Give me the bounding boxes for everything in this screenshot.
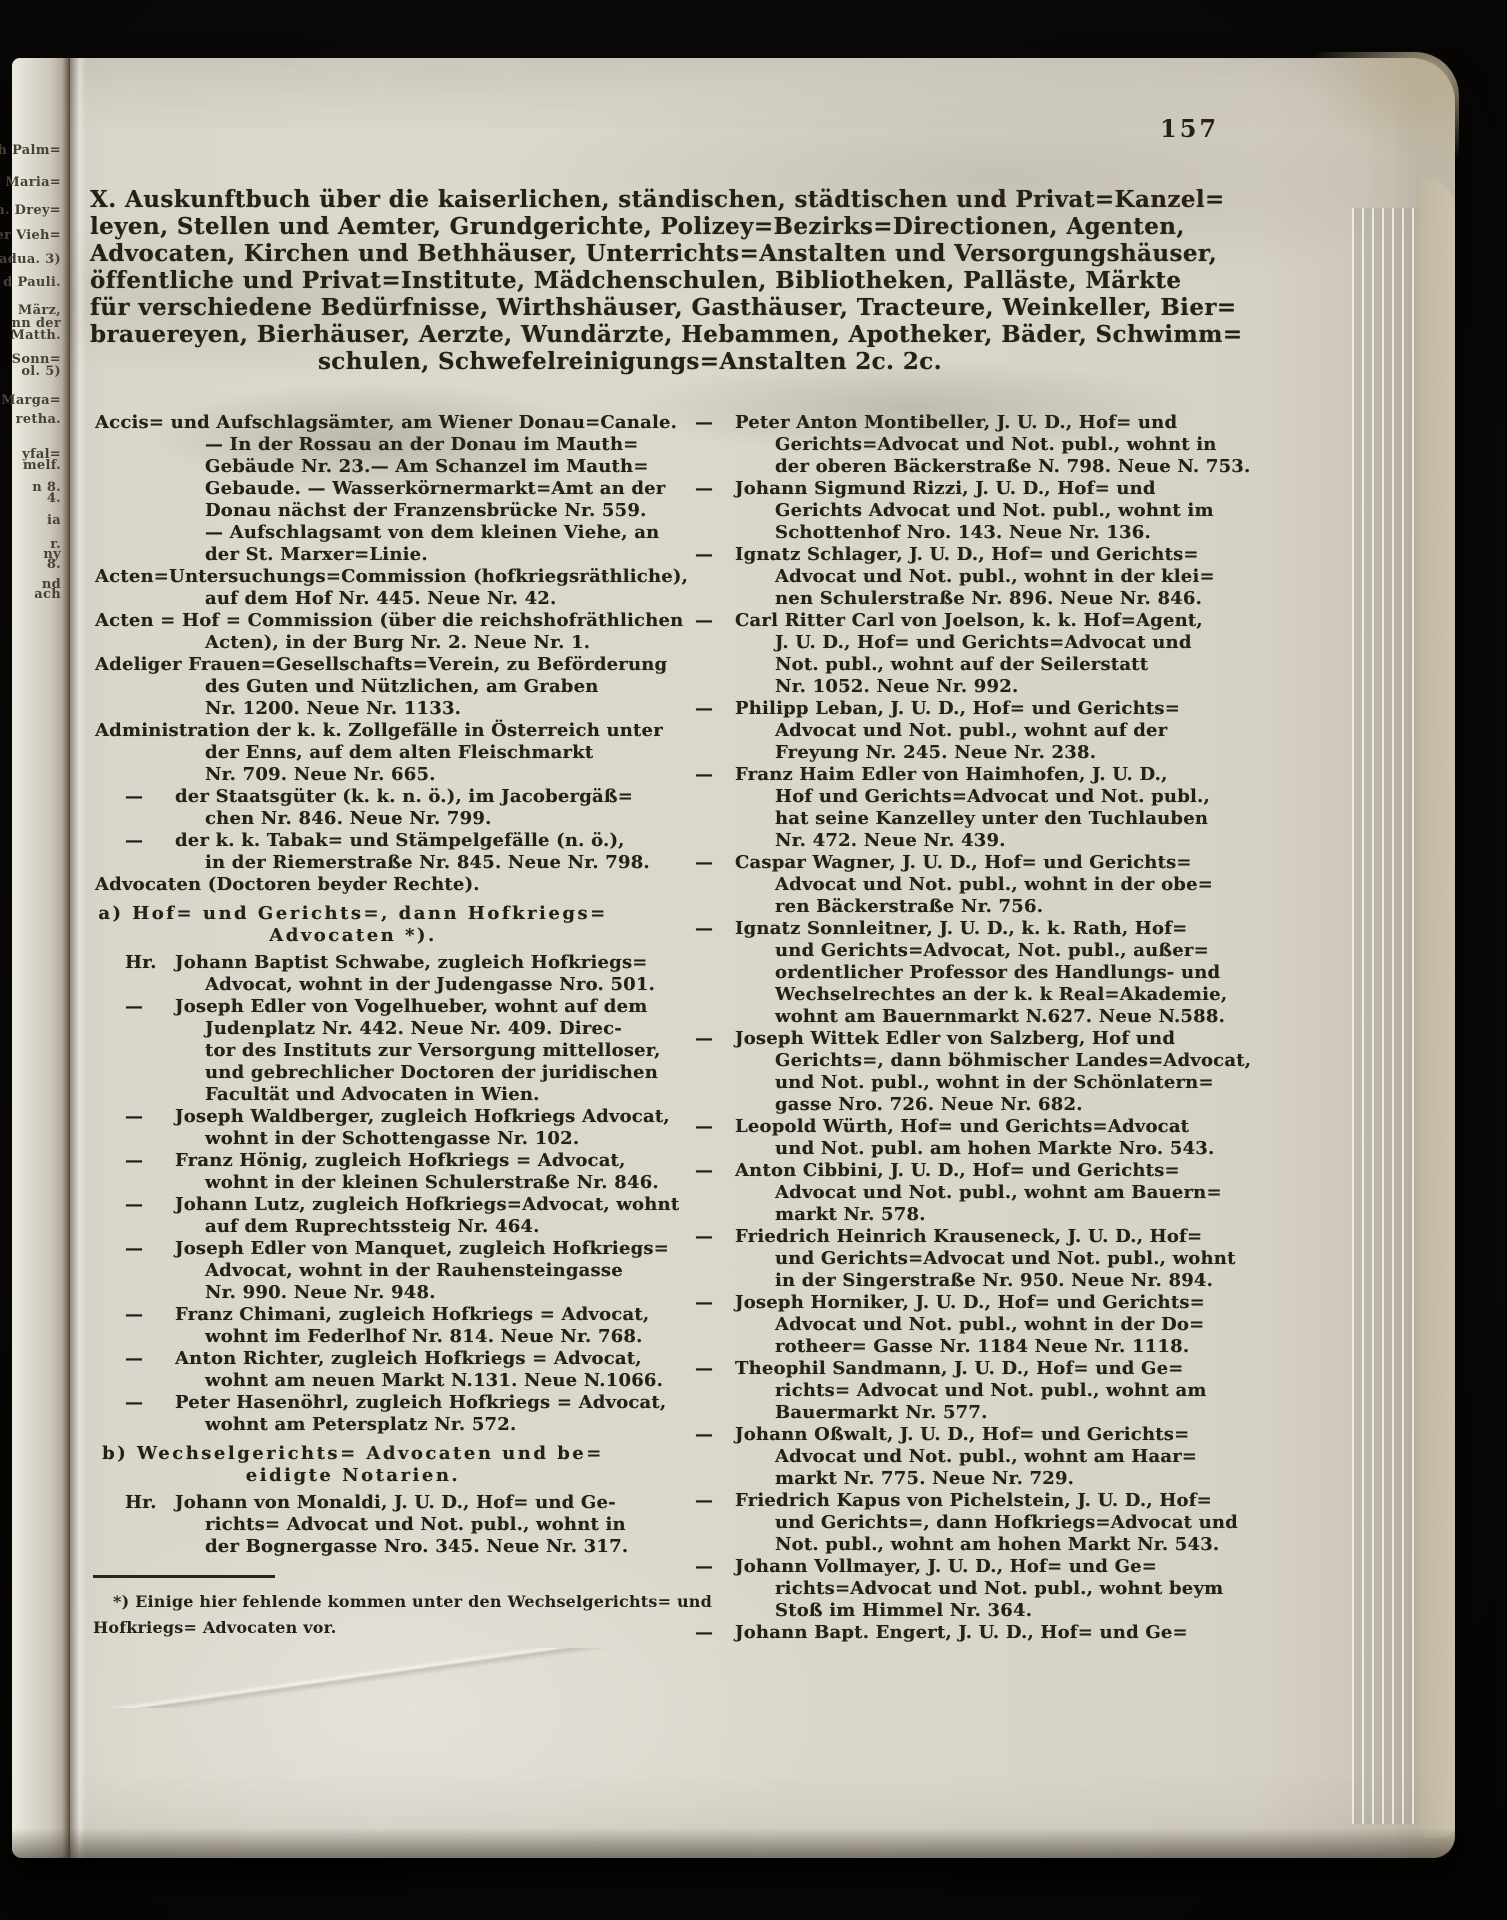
text-line: —Ignatz Sonnleitner, J. U. D., k. k. Rat… <box>683 918 1175 940</box>
text-line: — In der Rossau an der Donau im Mauth= <box>95 434 611 456</box>
entry-text: Friedrich Kapus von Pichelstein, J. U. D… <box>735 1490 1212 1511</box>
text-line: —Philipp Leban, J. U. D., Hof= und Geric… <box>683 698 1175 720</box>
text-line: —Ignatz Schlager, J. U. D., Hof= und Ger… <box>683 544 1175 566</box>
previous-page-edge: ach Palm=) Maria=n. Drey=ser Vieh=adua. … <box>12 58 70 1858</box>
text-line: und gebrechlicher Doctoren der juridisch… <box>95 1062 611 1084</box>
entry-text: Peter Hasenöhrl, zugleich Hofkriegs = Ad… <box>175 1392 666 1413</box>
text-line: Gerichts Advocat und Not. publ., wohnt i… <box>683 500 1175 522</box>
text-line: Wechselrechtes an der k. k Real=Akademie… <box>683 984 1175 1006</box>
text-line: Gerichts=Advocat und Not. publ., wohnt i… <box>683 434 1175 456</box>
text-line: —Johann Sigmund Rizzi, J. U. D., Hof= un… <box>683 478 1175 500</box>
text-line: Advocat und Not. publ., wohnt am Bauern= <box>683 1182 1175 1204</box>
text-line: —Theophil Sandmann, J. U. D., Hof= und G… <box>683 1358 1175 1380</box>
text-line: in der Singerstraße Nr. 950. Neue Nr. 89… <box>683 1270 1175 1292</box>
header-line: X. Auskunftbuch über die kaiserlichen, s… <box>90 186 1170 213</box>
entry-text: Johann Oßwalt, J. U. D., Hof= und Gerich… <box>735 1424 1189 1445</box>
text-line: Advocat und Not. publ., wohnt auf der <box>683 720 1175 742</box>
entry-text: der Staatsgüter (k. k. n. ö.), im Jacobe… <box>175 786 633 807</box>
text-line: —Franz Hönig, zugleich Hofkriegs = Advoc… <box>95 1150 611 1172</box>
header-line: öffentliche und Privat=Institute, Mädche… <box>90 267 1170 294</box>
entry-dash-prefix: — <box>125 830 143 852</box>
footnote-rule <box>93 1575 275 1578</box>
footnote: *) Einige hier fehlende kommen unter den… <box>93 1589 712 1641</box>
entry-text: Johann Baptist Schwabe, zugleich Hofkrie… <box>175 952 648 973</box>
text-line: markt Nr. 578. <box>683 1204 1175 1226</box>
text-line: richts= Advocat und Not. publ., wohnt am <box>683 1380 1175 1402</box>
text-line: markt Nr. 775. Neue Nr. 729. <box>683 1468 1175 1490</box>
entry-text: Ignatz Schlager, J. U. D., Hof= und Geri… <box>735 544 1199 565</box>
text-line: Facultät und Advocaten in Wien. <box>95 1084 611 1106</box>
text-line: —Joseph Wittek Edler von Salzberg, Hof u… <box>683 1028 1175 1050</box>
text-line: J. U. D., Hof= und Gerichts=Advocat und <box>683 632 1175 654</box>
entry-text: Joseph Waldberger, zugleich Hofkriegs Ad… <box>175 1106 670 1127</box>
text-line: —Franz Haim Edler von Haimhofen, J. U. D… <box>683 764 1175 786</box>
entry-text: Theophil Sandmann, J. U. D., Hof= und Ge… <box>735 1358 1184 1379</box>
entry-dash-prefix: — <box>125 1238 143 1260</box>
header-line: brauereyen, Bierhäuser, Aerzte, Wundärzt… <box>90 321 1170 348</box>
entry-text: Ignatz Sonnleitner, J. U. D., k. k. Rath… <box>735 918 1187 939</box>
previous-page-text-fragment: melf. <box>23 458 61 473</box>
text-line: wohnt im Federlhof Nr. 814. Neue Nr. 768… <box>95 1326 611 1348</box>
page-number: 157 <box>1160 114 1219 143</box>
text-line: wohnt in der Schottengasse Nr. 102. <box>95 1128 611 1150</box>
text-line: Hr.Johann von Monaldi, J. U. D., Hof= un… <box>95 1492 611 1514</box>
entry-text: Johann Vollmayer, J. U. D., Hof= und Ge= <box>735 1556 1157 1577</box>
text-line: Nr. 1052. Neue Nr. 992. <box>683 676 1175 698</box>
text-line: a) Hof= und Gerichts=, dann Hofkriegs= <box>95 903 611 925</box>
text-line: —Carl Ritter Carl von Joelson, k. k. Hof… <box>683 610 1175 632</box>
page-stack-fore-edge <box>1352 208 1420 1824</box>
entry-dash-prefix: — <box>125 1150 143 1172</box>
text-line: und Gerichts=Advocat, Not. publ., außer= <box>683 940 1175 962</box>
previous-page-text-fragment: adua. 3) <box>0 252 61 267</box>
text-line: wohnt am neuen Markt N.131. Neue N.1066. <box>95 1370 611 1392</box>
text-line: nen Schulerstraße Nr. 896. Neue Nr. 846. <box>683 588 1175 610</box>
text-line: hat seine Kanzelley unter den Tuchlauben <box>683 808 1175 830</box>
text-line: Hr.Johann Baptist Schwabe, zugleich Hofk… <box>95 952 611 974</box>
text-line: und Not. publ., wohnt in der Schönlatern… <box>683 1072 1175 1094</box>
text-line: Advocat und Not. publ., wohnt in der Do= <box>683 1314 1175 1336</box>
text-line: chen Nr. 846. Neue Nr. 799. <box>95 808 611 830</box>
text-line: der Bognergasse Nro. 345. Neue Nr. 317. <box>95 1536 611 1558</box>
text-line: —Friedrich Heinrich Krauseneck, J. U. D.… <box>683 1226 1175 1248</box>
column-right: —Peter Anton Montibeller, J. U. D., Hof=… <box>683 412 1175 1644</box>
entry-text: Leopold Würth, Hof= und Gerichts=Advocat <box>735 1116 1189 1137</box>
previous-page-text-fragment: ser Vieh= <box>0 228 61 243</box>
entry-dash-prefix: — <box>695 1424 713 1446</box>
entry-text: Friedrich Heinrich Krauseneck, J. U. D.,… <box>735 1226 1202 1247</box>
entry-text: Joseph Wittek Edler von Salzberg, Hof un… <box>735 1028 1175 1049</box>
entry-dash-prefix: — <box>125 1304 143 1326</box>
text-line: Freyung Nr. 245. Neue Nr. 238. <box>683 742 1175 764</box>
text-line: —Anton Richter, zugleich Hofkriegs = Adv… <box>95 1348 611 1370</box>
text-line: Not. publ., wohnt am hohen Markt Nr. 543… <box>683 1534 1175 1556</box>
entry-dash-prefix: — <box>695 698 713 720</box>
header-line: schulen, Schwefelreinigungs=Anstalten 2c… <box>90 348 1170 375</box>
text-line: —Johann Bapt. Engert, J. U. D., Hof= und… <box>683 1622 1175 1644</box>
text-line: der St. Marxer=Linie. <box>95 544 611 566</box>
text-line: des Guten und Nützlichen, am Graben <box>95 676 611 698</box>
book-page: ach Palm=) Maria=n. Drey=ser Vieh=adua. … <box>12 58 1455 1858</box>
entry-dash-prefix: — <box>695 764 713 786</box>
entry-dash-prefix: — <box>125 1194 143 1216</box>
corner-damage <box>1309 52 1459 162</box>
entry-dash-prefix: — <box>695 478 713 500</box>
entry-text: Joseph Edler von Vogelhueber, wohnt auf … <box>175 996 647 1017</box>
entry-dash-prefix: — <box>125 1106 143 1128</box>
text-line: —Joseph Waldberger, zugleich Hofkriegs A… <box>95 1106 611 1128</box>
text-line: —Johann Lutz, zugleich Hofkriegs=Advocat… <box>95 1194 611 1216</box>
entry-dash-prefix: — <box>695 1116 713 1138</box>
text-line: und Gerichts=Advocat und Not. publ., woh… <box>683 1248 1175 1270</box>
entry-text: Anton Cibbini, J. U. D., Hof= und Gerich… <box>735 1160 1180 1181</box>
text-line: —Anton Cibbini, J. U. D., Hof= und Geric… <box>683 1160 1175 1182</box>
text-line: auf dem Hof Nr. 445. Neue Nr. 42. <box>95 588 611 610</box>
chapter-header: X. Auskunftbuch über die kaiserlichen, s… <box>90 186 1170 375</box>
text-line: Advocaten (Doctoren beyder Rechte). <box>95 874 611 896</box>
text-line: richts=Advocat und Not. publ., wohnt bey… <box>683 1578 1175 1600</box>
text-line: der oberen Bäckerstraße N. 798. Neue N. … <box>683 456 1175 478</box>
header-line: Advocaten, Kirchen und Bethhäuser, Unter… <box>90 240 1170 267</box>
text-line: Acten = Hof = Commission (über die reich… <box>95 610 611 632</box>
previous-page-text-fragment: ia <box>47 513 61 528</box>
text-line: Advocat, wohnt in der Judengasse Nro. 50… <box>95 974 611 996</box>
entry-dash-prefix: — <box>695 852 713 874</box>
text-line: —Johann Oßwalt, J. U. D., Hof= und Geric… <box>683 1424 1175 1446</box>
entry-dash-prefix: Hr. <box>125 1492 157 1514</box>
text-line: der Enns, auf dem alten Fleischmarkt <box>95 742 611 764</box>
text-line: Donau nächst der Franzensbrücke Nr. 559. <box>95 500 611 522</box>
entry-text: Franz Chimani, zugleich Hofkriegs = Advo… <box>175 1304 649 1325</box>
entry-dash-prefix: — <box>695 1490 713 1512</box>
text-line: wohnt in der kleinen Schulerstraße Nr. 8… <box>95 1172 611 1194</box>
previous-page-text-fragment: Marga= <box>1 393 61 408</box>
entry-text: Joseph Horniker, J. U. D., Hof= und Geri… <box>735 1292 1205 1313</box>
text-line: Judenplatz Nr. 442. Neue Nr. 409. Direc- <box>95 1018 611 1040</box>
text-line: Gebaude. — Wasserkörnermarkt=Amt an der <box>95 478 611 500</box>
text-line: Stoß im Himmel Nr. 364. <box>683 1600 1175 1622</box>
entry-dash-prefix: Hr. <box>125 952 157 974</box>
entry-text: Johann Bapt. Engert, J. U. D., Hof= und … <box>735 1622 1188 1643</box>
entry-dash-prefix: — <box>695 412 713 434</box>
header-line: leyen, Stellen und Aemter, Grundgerichte… <box>90 213 1170 240</box>
entry-dash-prefix: — <box>695 918 713 940</box>
footnote-line: Hofkriegs= Advocaten vor. <box>93 1615 712 1641</box>
entry-text: Johann Sigmund Rizzi, J. U. D., Hof= und <box>735 478 1156 499</box>
text-line: —Peter Anton Montibeller, J. U. D., Hof=… <box>683 412 1175 434</box>
text-line: Adeliger Frauen=Gesellschafts=Verein, zu… <box>95 654 611 676</box>
scanned-book-photo: ach Palm=) Maria=n. Drey=ser Vieh=adua. … <box>0 0 1507 1920</box>
entry-text: Franz Hönig, zugleich Hofkriegs = Advoca… <box>175 1150 626 1171</box>
text-line: —Leopold Würth, Hof= und Gerichts=Advoca… <box>683 1116 1175 1138</box>
text-line: Advocat und Not. publ., wohnt in der obe… <box>683 874 1175 896</box>
text-line: auf dem Ruprechtssteig Nr. 464. <box>95 1216 611 1238</box>
text-line: Hof und Gerichts=Advocat und Not. publ., <box>683 786 1175 808</box>
entry-dash-prefix: — <box>125 786 143 808</box>
text-line: Administration der k. k. Zollgefälle in … <box>95 720 611 742</box>
header-line: für verschiedene Bedürfnisse, Wirthshäus… <box>90 294 1170 321</box>
previous-page-text-fragment: retha. <box>16 412 61 427</box>
text-line: tor des Instituts zur Versorgung mittell… <box>95 1040 611 1062</box>
text-line: richts= Advocat und Not. publ., wohnt in <box>95 1514 611 1536</box>
text-line: Advocat und Not. publ., wohnt in der kle… <box>683 566 1175 588</box>
text-line: eidigte Notarien. <box>95 1465 611 1487</box>
text-line: in der Riemerstraße Nr. 845. Neue Nr. 79… <box>95 852 611 874</box>
text-line: und Not. publ. am hohen Markte Nro. 543. <box>683 1138 1175 1160</box>
text-line: Nr. 472. Neue Nr. 439. <box>683 830 1175 852</box>
entry-text: Johann Lutz, zugleich Hofkriegs=Advocat,… <box>175 1194 679 1215</box>
entry-dash-prefix: — <box>695 1226 713 1248</box>
text-line: —Joseph Horniker, J. U. D., Hof= und Ger… <box>683 1292 1175 1314</box>
text-line: Acten=Untersuchungs=Commission (hofkrieg… <box>95 566 611 588</box>
entry-dash-prefix: — <box>695 544 713 566</box>
text-line: Schottenhof Nro. 143. Neue Nr. 136. <box>683 522 1175 544</box>
entry-dash-prefix: — <box>695 1556 713 1578</box>
text-line: Advocat, wohnt in der Rauhensteingasse <box>95 1260 611 1282</box>
text-line: rotheer= Gasse Nr. 1184 Neue Nr. 1118. <box>683 1336 1175 1358</box>
entry-dash-prefix: — <box>125 996 143 1018</box>
previous-page-text-fragment: n. Drey= <box>0 203 61 218</box>
entry-text: Philipp Leban, J. U. D., Hof= und Gerich… <box>735 698 1180 719</box>
text-line: und Gerichts=, dann Hofkriegs=Advocat un… <box>683 1512 1175 1534</box>
entry-text: Franz Haim Edler von Haimhofen, J. U. D.… <box>735 764 1168 785</box>
entry-dash-prefix: — <box>695 1292 713 1314</box>
page-gutter-shadow <box>70 58 86 1858</box>
entry-text: Johann von Monaldi, J. U. D., Hof= und G… <box>175 1492 616 1513</box>
entry-dash-prefix: — <box>125 1392 143 1414</box>
text-line: wohnt am Bauernmarkt N.627. Neue N.588. <box>683 1006 1175 1028</box>
entry-dash-prefix: — <box>125 1348 143 1370</box>
deckle-edge <box>1416 178 1455 1838</box>
text-line: Gerichts=, dann böhmischer Landes=Advoca… <box>683 1050 1175 1072</box>
entry-text: der k. k. Tabak= und Stämpelgefälle (n. … <box>175 830 625 851</box>
text-line: Nr. 1200. Neue Nr. 1133. <box>95 698 611 720</box>
entry-dash-prefix: — <box>695 1160 713 1182</box>
column-left: Accis= und Aufschlagsämter, am Wiener Do… <box>95 412 611 1558</box>
text-line: —Friedrich Kapus von Pichelstein, J. U. … <box>683 1490 1175 1512</box>
text-line: —der k. k. Tabak= und Stämpelgefälle (n.… <box>95 830 611 852</box>
paper-crease <box>72 1648 632 1708</box>
text-line: Accis= und Aufschlagsämter, am Wiener Do… <box>95 412 611 434</box>
text-line: —Caspar Wagner, J. U. D., Hof= und Geric… <box>683 852 1175 874</box>
previous-page-text-fragment: 4. <box>47 491 61 506</box>
text-line: wohnt am Petersplatz Nr. 572. <box>95 1414 611 1436</box>
text-line: — Aufschlagsamt von dem kleinen Viehe, a… <box>95 522 611 544</box>
previous-page-text-fragment: ach <box>34 587 61 602</box>
previous-page-text-fragment: ) Maria= <box>0 175 61 190</box>
text-line: Nr. 990. Neue Nr. 948. <box>95 1282 611 1304</box>
entry-text: Anton Richter, zugleich Hofkriegs = Advo… <box>175 1348 642 1369</box>
text-line: Bauermarkt Nr. 577. <box>683 1402 1175 1424</box>
text-line: —Johann Vollmayer, J. U. D., Hof= und Ge… <box>683 1556 1175 1578</box>
entry-text: Carl Ritter Carl von Joelson, k. k. Hof=… <box>735 610 1203 631</box>
text-line: Advocaten *). <box>95 925 611 947</box>
text-line: Advocat und Not. publ., wohnt am Haar= <box>683 1446 1175 1468</box>
text-line: —Franz Chimani, zugleich Hofkriegs = Adv… <box>95 1304 611 1326</box>
footnote-line: *) Einige hier fehlende kommen unter den… <box>93 1589 712 1615</box>
text-line: —Joseph Edler von Vogelhueber, wohnt auf… <box>95 996 611 1018</box>
text-line: —der Staatsgüter (k. k. n. ö.), im Jacob… <box>95 786 611 808</box>
text-line: —Joseph Edler von Manquet, zugleich Hofk… <box>95 1238 611 1260</box>
entry-dash-prefix: — <box>695 610 713 632</box>
text-line: Gebäude Nr. 23.— Am Schanzel im Mauth= <box>95 456 611 478</box>
previous-page-text-fragment: 8. <box>47 557 61 572</box>
entry-text: Peter Anton Montibeller, J. U. D., Hof= … <box>735 412 1177 433</box>
text-line: Nr. 709. Neue Nr. 665. <box>95 764 611 786</box>
previous-page-text-fragment: ach Palm= <box>0 143 61 158</box>
entry-dash-prefix: — <box>695 1028 713 1050</box>
text-line: ordentlicher Professor des Handlungs- un… <box>683 962 1175 984</box>
text-line: gasse Nro. 726. Neue Nr. 682. <box>683 1094 1175 1116</box>
text-line: ren Bäckerstraße Nr. 756. <box>683 896 1175 918</box>
previous-page-text-fragment: d Pauli. <box>3 275 61 290</box>
entry-dash-prefix: — <box>695 1358 713 1380</box>
text-line: Not. publ., wohnt auf der Seilerstatt <box>683 654 1175 676</box>
text-line: —Peter Hasenöhrl, zugleich Hofkriegs = A… <box>95 1392 611 1414</box>
text-line: Acten), in der Burg Nr. 2. Neue Nr. 1. <box>95 632 611 654</box>
entry-text: Caspar Wagner, J. U. D., Hof= und Gerich… <box>735 852 1192 873</box>
previous-page-text-fragment: ol. 5) <box>21 364 61 379</box>
previous-page-text-fragment: Matth. <box>10 328 61 343</box>
entry-text: Joseph Edler von Manquet, zugleich Hofkr… <box>175 1238 669 1259</box>
text-line: b) Wechselgerichts= Advocaten und be= <box>95 1443 611 1465</box>
